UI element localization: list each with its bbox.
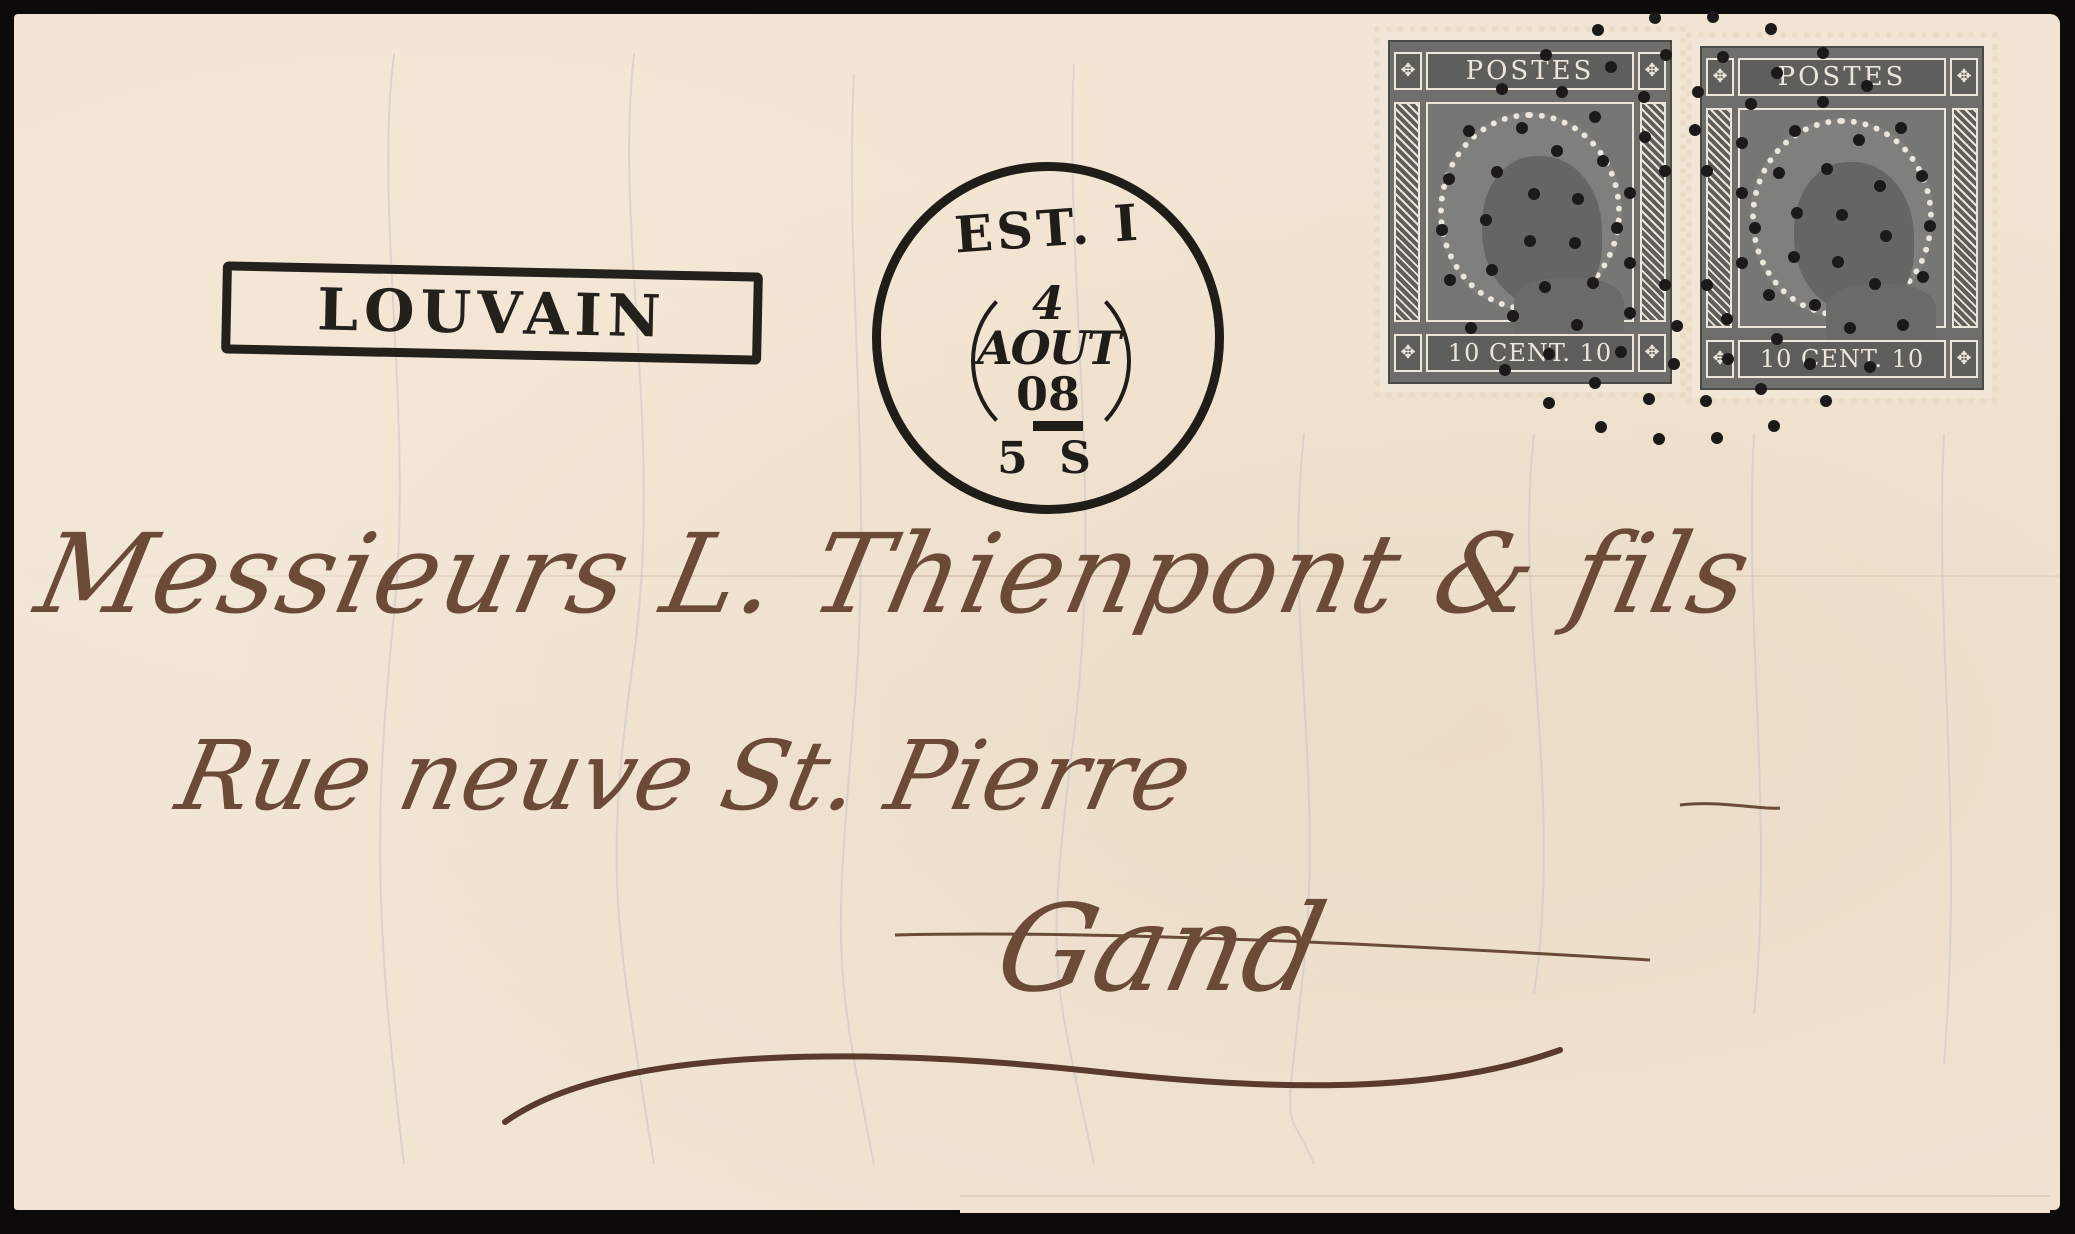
address-underline-flourish	[0, 0, 2075, 1234]
